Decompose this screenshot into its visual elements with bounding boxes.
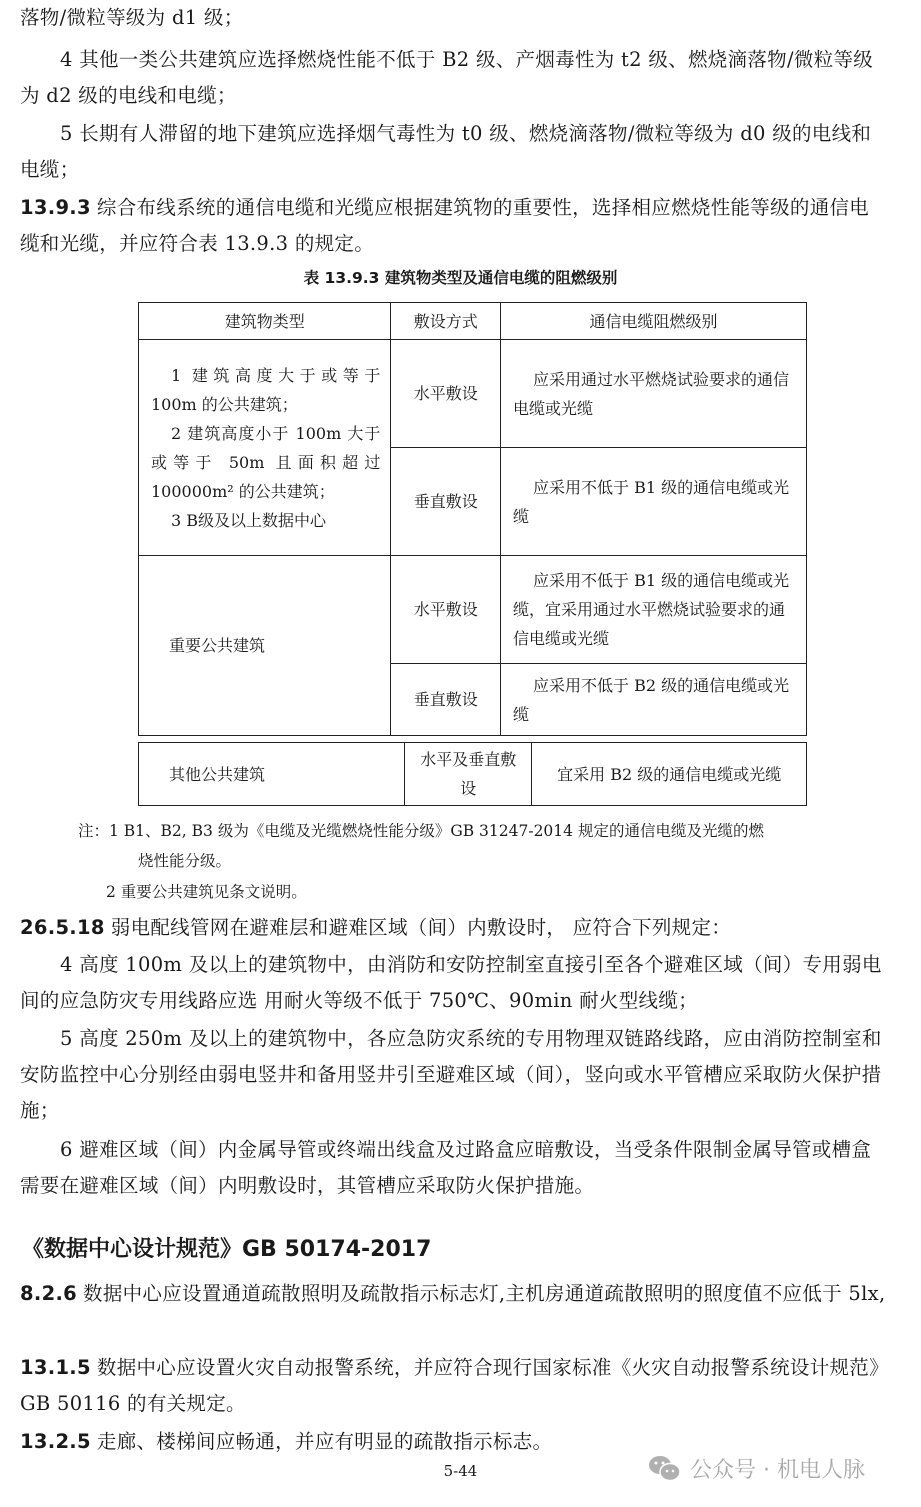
level-cell: 应采用不低于 B1 级的通信电缆或光缆 <box>501 448 807 556</box>
header-building-type: 建筑物类型 <box>139 303 391 340</box>
table-note-2: 2 重要公共建筑见条文说明。 <box>106 877 307 907</box>
clause-item-6: 6 避难区域（间）内金属导管或终端出线盒及过路盒应暗敷设，当受条件限制金属导管或… <box>20 1132 886 1204</box>
clause-number: 8.2.6 <box>20 1282 77 1305</box>
paragraph-item-5: 5 长期有人滞留的地下建筑应选择烟气毒性为 t0 级、燃烧滴落物/微粒等级为 d… <box>20 116 886 188</box>
wechat-icon <box>648 1454 682 1484</box>
clause-text: 综合布线系统的通信电缆和光缆应根据建筑物的重要性，选择相应燃烧性能等级的通信电缆… <box>20 196 869 255</box>
header-fire-level: 通信电缆阻燃级别 <box>501 303 807 340</box>
building-type-cell: 重要公共建筑 <box>139 556 391 736</box>
table-caption: 表 13.9.3 建筑物类型及通信电缆的阻燃级别 <box>0 266 921 288</box>
clause-13-9-3: 13.9.3综合布线系统的通信电缆和光缆应根据建筑物的重要性，选择相应燃烧性能等… <box>20 190 886 262</box>
clause-number: 26.5.18 <box>20 916 105 939</box>
type-item: 2 建筑高度小于 100m 大于或等于 50m 且面积超过 100000m² 的… <box>151 419 380 506</box>
fire-rating-table: 建筑物类型 敷设方式 通信电缆阻燃级别 1 建筑高度大于或等于 100m 的公共… <box>138 302 807 736</box>
level-cell: 应采用通过水平燃烧试验要求的通信电缆或光缆 <box>501 340 807 448</box>
method-cell: 垂直敷设 <box>391 664 501 736</box>
level-cell: 应采用不低于 B2 级的通信电缆或光缆 <box>501 664 807 736</box>
clause-text: 数据中心应设置火灾自动报警系统，并应符合现行国家标准《火灾自动报警系统设计规范》… <box>20 1356 879 1415</box>
building-type-cell: 其他公共建筑 <box>139 743 405 806</box>
table-header-row: 建筑物类型 敷设方式 通信电缆阻燃级别 <box>139 303 807 340</box>
fire-rating-table-continued: 其他公共建筑 水平及垂直敷设 宜采用 B2 级的通信电缆或光缆 <box>138 742 807 806</box>
watermark-text: 公众号 · 机电人脉 <box>690 1453 865 1484</box>
method-cell: 水平敷设 <box>391 556 501 664</box>
paragraph-item-4: 4 其他一类公共建筑应选择燃烧性能不低于 B2 级、产烟毒性为 t2 级、燃烧滴… <box>20 42 886 114</box>
building-type-cell: 1 建筑高度大于或等于 100m 的公共建筑； 2 建筑高度小于 100m 大于… <box>139 340 391 556</box>
method-cell: 垂直敷设 <box>391 448 501 556</box>
table-row: 其他公共建筑 水平及垂直敷设 宜采用 B2 级的通信电缆或光缆 <box>139 743 807 806</box>
clause-text: 数据中心应设置通道疏散照明及疏散指示标志灯,主机房通道疏散照明的照度值不应低于 … <box>83 1282 885 1305</box>
watermark: 公众号 · 机电人脉 <box>648 1453 865 1484</box>
type-item: 3 B级及以上数据中心 <box>151 506 380 535</box>
table-note-1-cont: 烧性能分级。 <box>138 846 231 876</box>
clause-text: 弱电配线管网在避难层和避难区域（间）内敷设时， 应符合下列规定： <box>111 916 731 939</box>
clause-number: 13.1.5 <box>20 1356 91 1379</box>
table-note-1: 注：1 B1、B2, B3 级为《电缆及光缆燃烧性能分级》GB 31247-20… <box>78 816 764 846</box>
level-cell: 宜采用 B2 级的通信电缆或光缆 <box>532 743 807 806</box>
clause-26-5-18: 26.5.18弱电配线管网在避难层和避难区域（间）内敷设时， 应符合下列规定： <box>20 910 886 946</box>
level-cell: 应采用不低于 B1 级的通信电缆或光缆，宜采用通过水平燃烧试验要求的通信电缆或光… <box>501 556 807 664</box>
clause-text: 走廊、楼梯间应畅通，并应有明显的疏散指示标志。 <box>97 1430 552 1453</box>
table-row: 重要公共建筑 水平敷设 应采用不低于 B1 级的通信电缆或光缆，宜采用通过水平燃… <box>139 556 807 664</box>
clause-13-1-5: 13.1.5数据中心应设置火灾自动报警系统，并应符合现行国家标准《火灾自动报警系… <box>20 1350 886 1422</box>
paragraph-continuation: 落物/微粒等级为 d1 级； <box>20 0 886 36</box>
clause-item-4: 4 高度 100m 及以上的建筑物中，由消防和安防控制室直接引至各个避难区域（间… <box>20 947 886 1019</box>
section-title: 《数据中心设计规范》GB 50174-2017 <box>22 1232 431 1263</box>
clause-8-2-6: 8.2.6数据中心应设置通道疏散照明及疏散指示标志灯,主机房通道疏散照明的照度值… <box>20 1276 886 1312</box>
method-cell: 水平敷设 <box>391 340 501 448</box>
header-laying-method: 敷设方式 <box>391 303 501 340</box>
clause-number: 13.2.5 <box>20 1430 91 1453</box>
clause-item-5: 5 高度 250m 及以上的建筑物中，各应急防灾系统的专用物理双链路线路，应由消… <box>20 1021 886 1129</box>
table-row: 1 建筑高度大于或等于 100m 的公共建筑； 2 建筑高度小于 100m 大于… <box>139 340 807 448</box>
method-cell: 水平及垂直敷设 <box>405 743 532 806</box>
clause-number: 13.9.3 <box>20 196 91 219</box>
type-item: 1 建筑高度大于或等于 100m 的公共建筑； <box>151 361 380 419</box>
